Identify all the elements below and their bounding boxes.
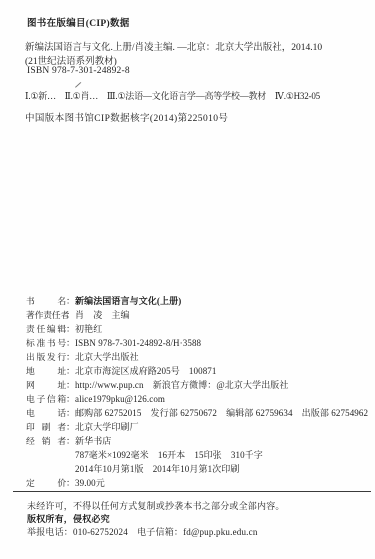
colophon-block: 书名 ： 新编法国语言与文化(上册) 著作责任者 ： 肖 凌 主编 责任编辑 ：… [26, 294, 368, 490]
field-value: http://www.pup.cn 新浪官方微博：@北京大学出版社 [75, 378, 289, 392]
field-colon: ： [66, 294, 75, 308]
field-label: 出版发行 [26, 350, 66, 364]
field-label: 定价 [26, 476, 66, 490]
field-value: ISBN 978-7-301-24892-8/H·3588 [75, 336, 201, 350]
field-value: alice1979pku@126.com [75, 392, 165, 406]
field-colon: ： [66, 476, 75, 490]
colophon-row: 2014年10月第1版 2014年10月第1次印刷 [26, 462, 368, 476]
pen-mark-artifact [70, 79, 82, 87]
report-contact-line: 举报电话：010-62752024 电子信箱：fd@pup.pku.edu.cn [27, 526, 285, 539]
field-label: 责任编辑 [26, 322, 66, 336]
colophon-row: 责任编辑 ： 初艳红 [26, 322, 368, 336]
field-colon: ： [66, 364, 75, 378]
field-value: 初艳红 [75, 322, 102, 336]
field-value: 北京大学出版社 [75, 350, 139, 364]
colophon-row: 网址 ： http://www.pup.cn 新浪官方微博：@北京大学出版社 [26, 378, 368, 392]
field-value: 北京大学印刷厂 [75, 420, 139, 434]
copyright-page: 图书在版编目(CIP)数据 新编法国语言与文化.上册/肖凌主编. —北京：北京大… [0, 0, 375, 559]
cip-isbn-line: ISBN 978-7-301-24892-8 [27, 66, 130, 76]
field-label: 著作责任者 [26, 308, 66, 322]
field-label: 电话 [26, 406, 66, 420]
colophon-row: 787毫米×1092毫米 16开本 15印张 310千字 [26, 448, 368, 462]
colophon-row: 地址 ： 北京市海淀区成府路205号 100871 [26, 364, 368, 378]
field-value: 北京市海淀区成府路205号 100871 [75, 364, 217, 378]
cip-title: 图书在版编目(CIP)数据 [27, 15, 130, 29]
cip-description-line: 新编法国语言与文化.上册/肖凌主编. —北京：北京大学出版社，2014.10 [25, 39, 322, 53]
colophon-row: 定价 ： 39.00元 [26, 476, 368, 490]
colophon-row: 书名 ： 新编法国语言与文化(上册) [26, 294, 368, 308]
field-label: 地址 [26, 364, 66, 378]
field-colon: ： [66, 420, 75, 434]
field-label: 标准书号 [26, 336, 66, 350]
field-colon: ： [66, 336, 75, 350]
field-colon: ： [66, 308, 75, 322]
field-colon: ： [66, 434, 75, 448]
no-copy-notice: 未经许可，不得以任何方式复制或抄袭本书之部分或全部内容。 [27, 500, 285, 513]
field-colon: ： [66, 392, 75, 406]
colophon-row: 电子信箱 ： alice1979pku@126.com [26, 392, 368, 406]
field-colon: ： [66, 322, 75, 336]
field-label: 印刷者 [26, 420, 66, 434]
field-label: 电子信箱 [26, 392, 66, 406]
colophon-row: 电话 ： 邮购部 62752015 发行部 62750672 编辑部 62759… [26, 406, 368, 420]
colophon-row: 经销者 ： 新华书店 [26, 434, 368, 448]
field-value: 39.00元 [75, 476, 105, 490]
colophon-row: 印刷者 ： 北京大学印刷厂 [26, 420, 368, 434]
cip-record-number: 中国版本图书馆CIP数据核字(2014)第225010号 [25, 110, 228, 124]
field-colon: ： [66, 378, 75, 392]
colophon-row: 出版发行 ： 北京大学出版社 [26, 350, 368, 364]
field-label: 书名 [26, 294, 66, 308]
rights-reserved-notice: 版权所有，侵权必究 [27, 513, 285, 526]
rights-block: 未经许可，不得以任何方式复制或抄袭本书之部分或全部内容。 版权所有，侵权必究 举… [27, 500, 285, 540]
colophon-row: 著作责任者 ： 肖 凌 主编 [26, 308, 368, 322]
colophon-row: 标准书号 ： ISBN 978-7-301-24892-8/H·3588 [26, 336, 368, 350]
field-value: 新华书店 [75, 434, 111, 448]
field-value: 邮购部 62752015 发行部 62750672 编辑部 62759634 出… [75, 406, 368, 420]
field-value: 787毫米×1092毫米 16开本 15印张 310千字 [75, 448, 263, 462]
field-colon: ： [66, 406, 75, 420]
field-value: 2014年10月第1版 2014年10月第1次印刷 [75, 462, 240, 476]
cip-series-line: (21世纪法语系列教材) [25, 53, 117, 67]
field-value: 肖 凌 主编 [75, 308, 130, 322]
cip-classification-line: Ⅰ.①新… Ⅱ.①肖… Ⅲ.①法语—文化语言学—高等学校—教材 Ⅳ.①H32-0… [25, 89, 320, 102]
divider-line [13, 491, 371, 492]
field-value: 新编法国语言与文化(上册) [75, 294, 181, 308]
field-colon: ： [66, 350, 75, 364]
field-label: 网址 [26, 378, 66, 392]
field-label: 经销者 [26, 434, 66, 448]
